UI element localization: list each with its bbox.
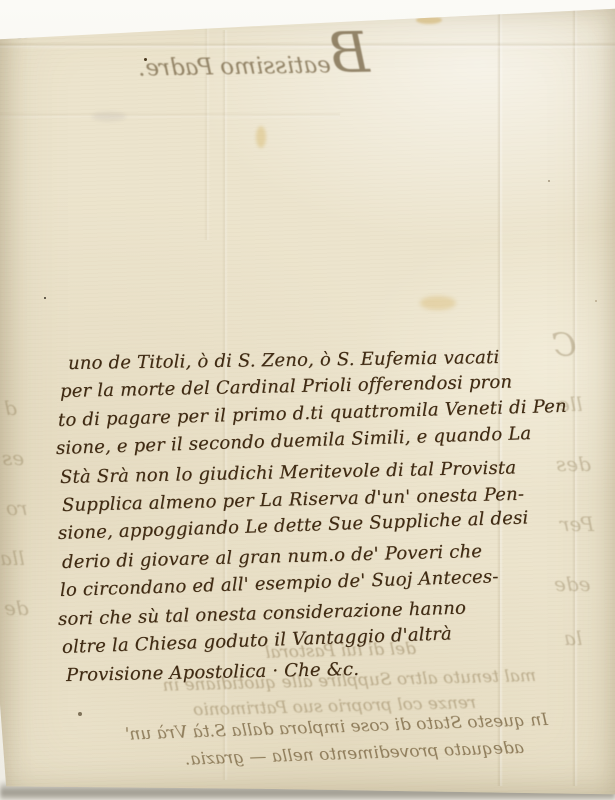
paper-sheet: 664 Beatissimo Padre. ClledesPeredela de…: [0, 0, 615, 800]
paper-stain: [420, 296, 456, 310]
manuscript-text-block: uno de Titoli, ò di S. Zeno, ò S. Eufemi…: [56, 350, 564, 691]
showthrough-lower-block: In questo Stato di cose implora dalla S.…: [68, 706, 548, 762]
ink-speck: [595, 300, 597, 302]
manuscript-scan: 664 Beatissimo Padre. ClledesPeredela de…: [0, 0, 615, 800]
paper-stain: [256, 126, 266, 148]
fold-crease-vertical: [572, 8, 578, 786]
showthrough-fragment: es: [2, 446, 24, 470]
showthrough-fragment: ro: [6, 496, 28, 520]
verso-heading-showthrough: Beatissimo Padre.: [101, 24, 371, 119]
showthrough-fragment: de: [4, 596, 29, 620]
ink-speck: [548, 180, 550, 182]
ink-speck: [44, 297, 46, 299]
showthrough-fragment: d: [4, 396, 17, 420]
showthrough-fragment: lla: [0, 546, 25, 570]
showthrough-fragment: Per: [560, 512, 594, 536]
showthrough-fragment: la: [564, 626, 582, 650]
